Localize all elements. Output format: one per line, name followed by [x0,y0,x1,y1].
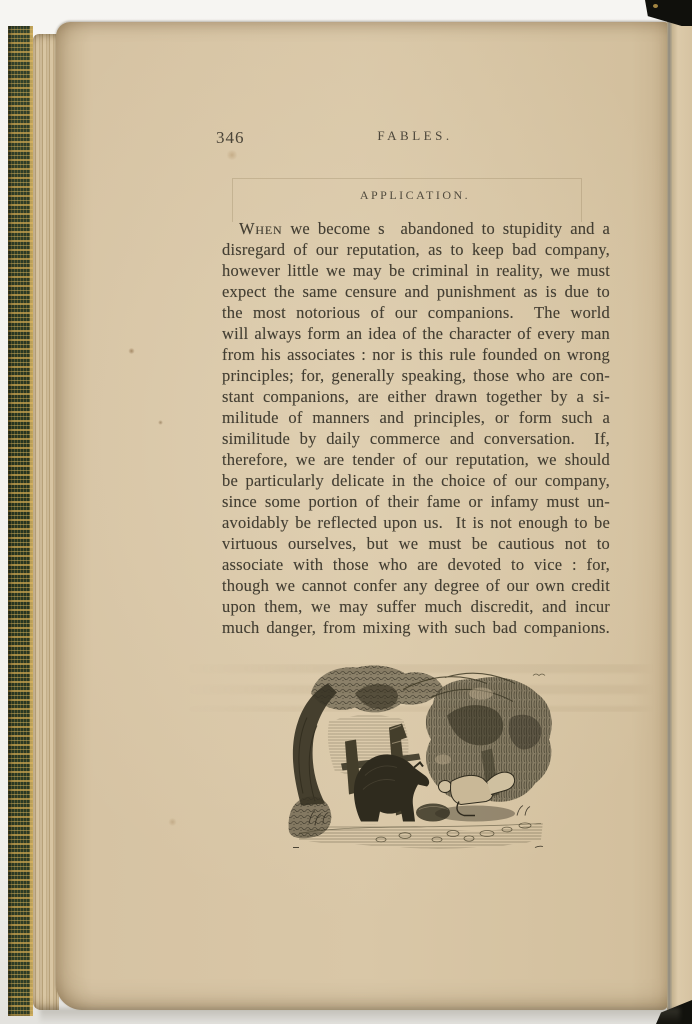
text-line: principles; for, generally speaking, tho… [222,365,610,386]
woodcut-illustration [285,662,557,857]
text-line: virtuous ourselves, but we must be cauti… [222,533,610,554]
page-number: 346 [216,128,245,148]
text-line: stant companions, are either drawn toget… [222,386,610,407]
text-line: much danger, from mixing with such bad c… [222,617,610,638]
book-spine [8,26,33,1016]
text-line-rest: we become s abandoned to stupidity and a [290,219,610,238]
text-line: be particularly delicate in the choice o… [222,470,610,491]
text-line: therefore, we are tender of our reputati… [222,449,610,470]
text-line: the most notorious of our companions. Th… [222,302,610,323]
section-heading: APPLICATION. [222,188,608,203]
text-line: though we cannot confer any degree of ou… [222,575,610,596]
text-line: avoidably be reflected upon us. It is no… [222,512,610,533]
text-line: disregard of our reputation, as to keep … [222,239,610,260]
text-line: When we become s abandoned to stupidity … [222,218,610,239]
text-line: however little we may be criminal in rea… [222,260,610,281]
lead-word: When [239,219,282,238]
text-line: since some portion of their fame or infa… [222,491,610,512]
text-line: upon them, we may suffer much discredit,… [222,596,610,617]
book-page: 346 FABLES. APPLICATION. When we become … [56,22,668,1010]
running-header: FABLES. [222,128,608,144]
text-line: will always form an idea of the characte… [222,323,610,344]
text-line: similitude by daily commerce and convers… [222,428,610,449]
book-shadow [40,1008,680,1024]
text-line: associate with those who are devoted to … [222,554,610,575]
text-line: from his associates : nor is this rule f… [222,344,610,365]
page-header: 346 FABLES. [222,128,608,150]
text-line: militude of manners and principles, or f… [222,407,610,428]
facing-page-edge [672,18,692,1010]
body-text: When we become s abandoned to stupidity … [222,218,610,638]
text-line: expect the same censure and punishment a… [222,281,610,302]
